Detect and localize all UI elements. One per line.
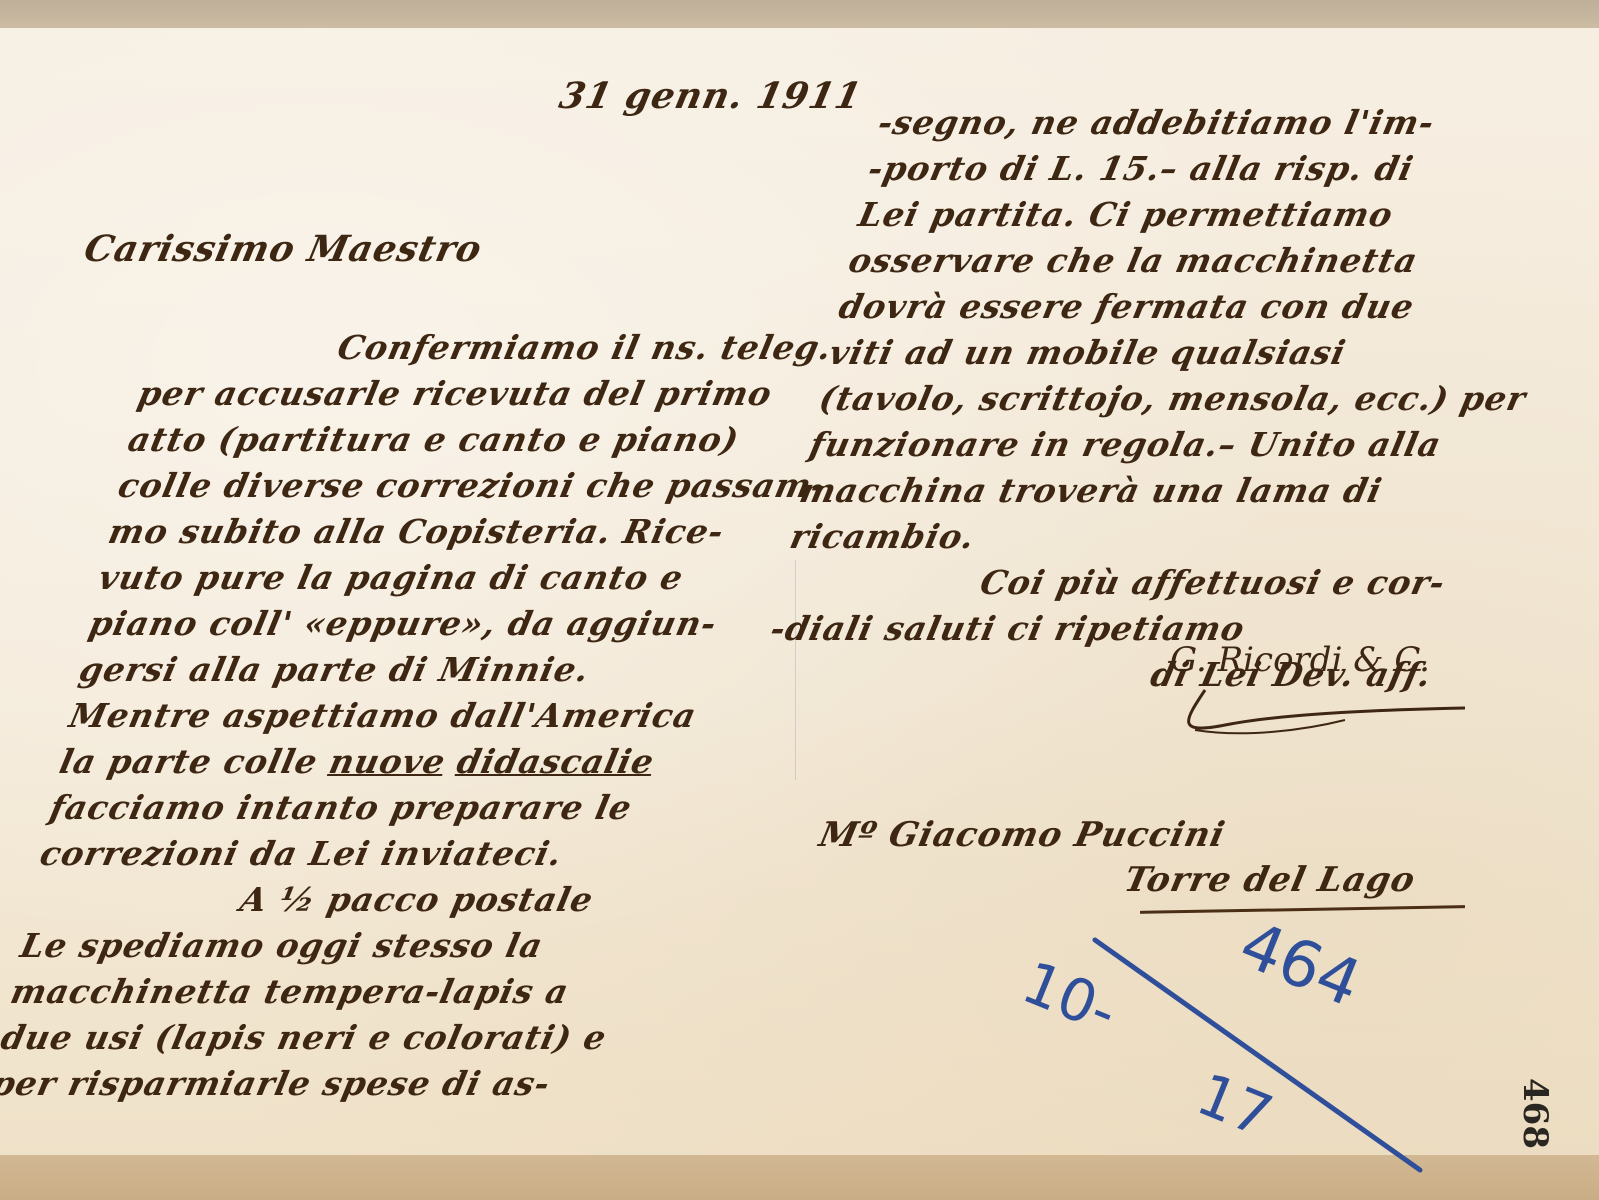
body-line: gersi alla parte di Minnie. (75, 647, 792, 693)
body-line: correzioni da Lei inviateci. (36, 831, 753, 877)
addressee-place: Torre del Lago (1121, 860, 1419, 900)
blue-pencil-annotation-icon: 464 10- 17 (1010, 920, 1430, 1180)
archive-number: 468 (1515, 1078, 1555, 1149)
body-line: piano coll' «eppure», da aggiun- (85, 601, 802, 647)
body-line: atto (partitura e canto e piano) (124, 417, 841, 463)
body-line: ricambio. (786, 514, 1501, 560)
body-line: mo subito alla Copisteria. Rice- (104, 509, 821, 555)
body-text: la parte colle (56, 742, 334, 781)
body-line: la parte colle nuove didascalie (55, 739, 772, 785)
body-line: -segno, ne addebitiamo l'im- (874, 100, 1589, 146)
underlined-word: nuove (326, 742, 449, 781)
body-line: per accusarle ricevuta del primo (134, 371, 851, 417)
signature: G. Ricordi & C. (1170, 640, 1430, 680)
annotation-17: 17 (1188, 1060, 1282, 1151)
body-line: (tavolo, scrittojo, mensola, ecc.) per (815, 376, 1530, 422)
body-line: macchina troverà una lama di (796, 468, 1511, 514)
body-line: dovrà essere fermata con due (835, 284, 1550, 330)
body-line: per risparmiarle spese di as- (0, 1061, 704, 1107)
body-line: Le spediamo oggi stesso la (16, 923, 733, 969)
addressee-name: Mº Giacomo Puccini (816, 815, 1229, 855)
body-line: osservare che la macchinetta (844, 238, 1559, 284)
underlined-word: didascalie (453, 742, 657, 781)
body-line: A ½ pacco postale (26, 877, 743, 923)
scan-backing-top (0, 0, 1599, 28)
letter-date: 31 genn. 1911 (556, 75, 866, 117)
body-line: macchinetta tempera-lapis a (6, 969, 723, 1015)
body-line: viti ad un mobile qualsiasi (825, 330, 1540, 376)
body-line: due usi (lapis neri e colorati) e (0, 1015, 714, 1061)
signature-flourish-icon (1165, 680, 1475, 740)
letter-body-right-column: -segno, ne addebitiamo l'im- -porto di L… (756, 100, 1589, 698)
letter-salutation: Carissimo Maestro (81, 228, 486, 270)
body-line: colle diverse correzioni che passam- (114, 463, 831, 509)
annotation-10: 10- (1013, 948, 1126, 1047)
body-line: -porto di L. 15.– alla risp. di (864, 146, 1579, 192)
body-line: funzionare in regola.– Unito alla (805, 422, 1520, 468)
body-line: Lei partita. Ci permettiamo (854, 192, 1569, 238)
body-line: Confermiamo il ns. teleg. (143, 325, 860, 371)
body-line: vuto pure la pagina di canto e (94, 555, 811, 601)
body-line: facciamo intanto preparare le (46, 785, 763, 831)
closing-line: Coi più affettuosi e cor- (776, 560, 1491, 606)
body-line: Mentre aspettiamo dall'America (65, 693, 782, 739)
annotation-464: 464 (1230, 920, 1371, 1022)
